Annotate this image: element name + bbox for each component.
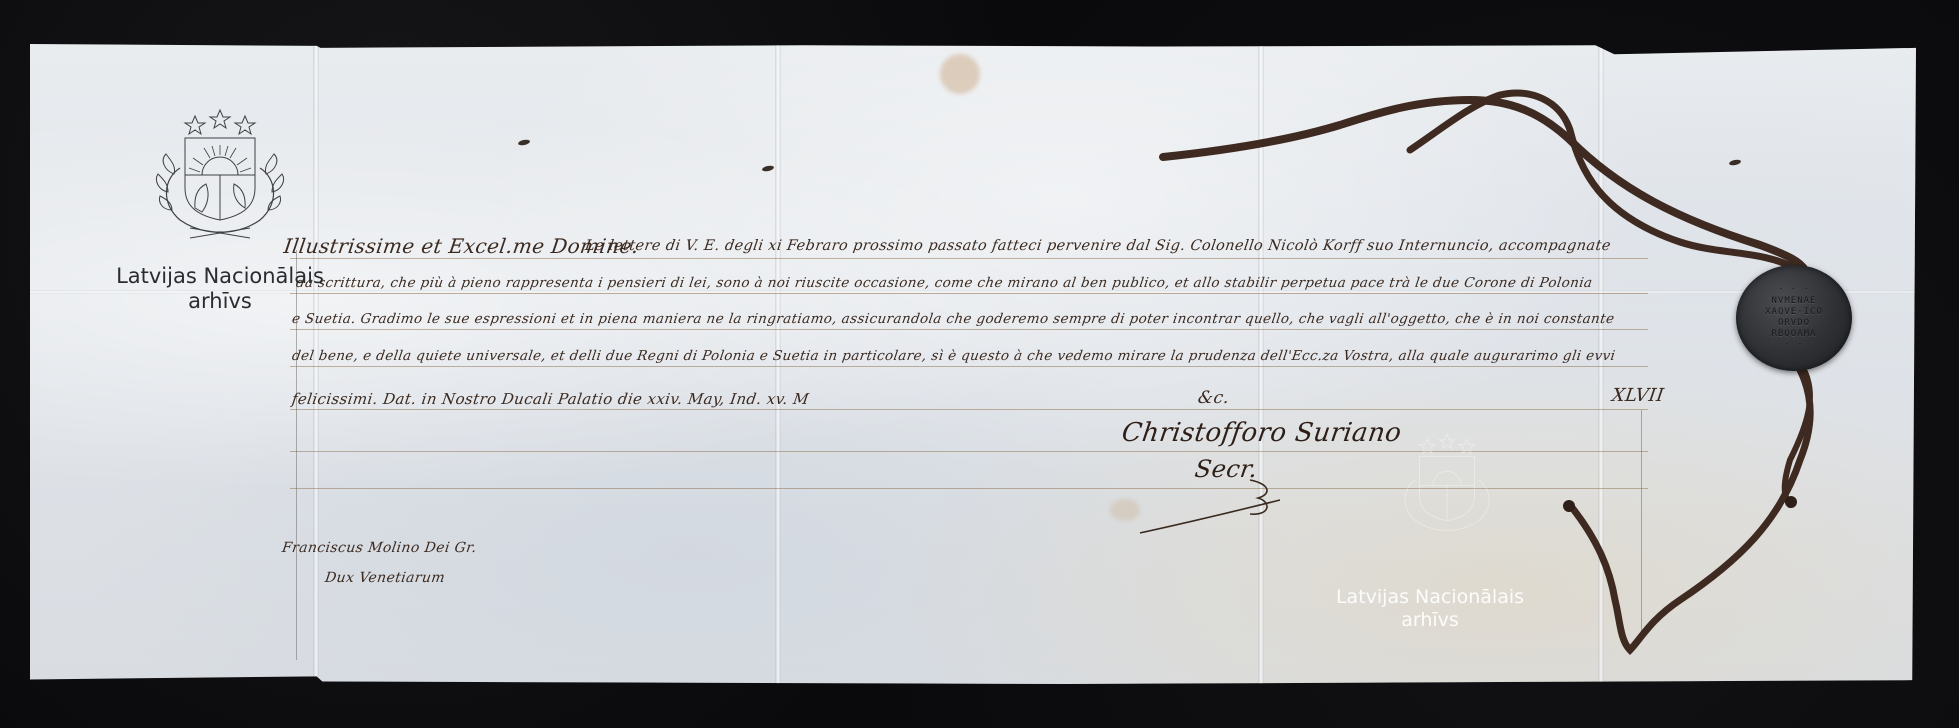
seal-legend-line: NVMENAE — [1772, 296, 1817, 307]
wax-seal: · · · NVMENAE XAQVE·ICO ORVDO RBQOAMA · … — [1736, 265, 1852, 371]
seal-legend-line: RBQOAMA — [1772, 329, 1817, 340]
seal-legend-line: · · — [1784, 340, 1803, 351]
seal-legend-line: ORVDO — [1778, 318, 1810, 329]
seal-cord — [0, 0, 1959, 728]
seal-legend-line: XAQVE·ICO — [1765, 307, 1823, 318]
seal-legend-line: · · · — [1778, 285, 1810, 296]
